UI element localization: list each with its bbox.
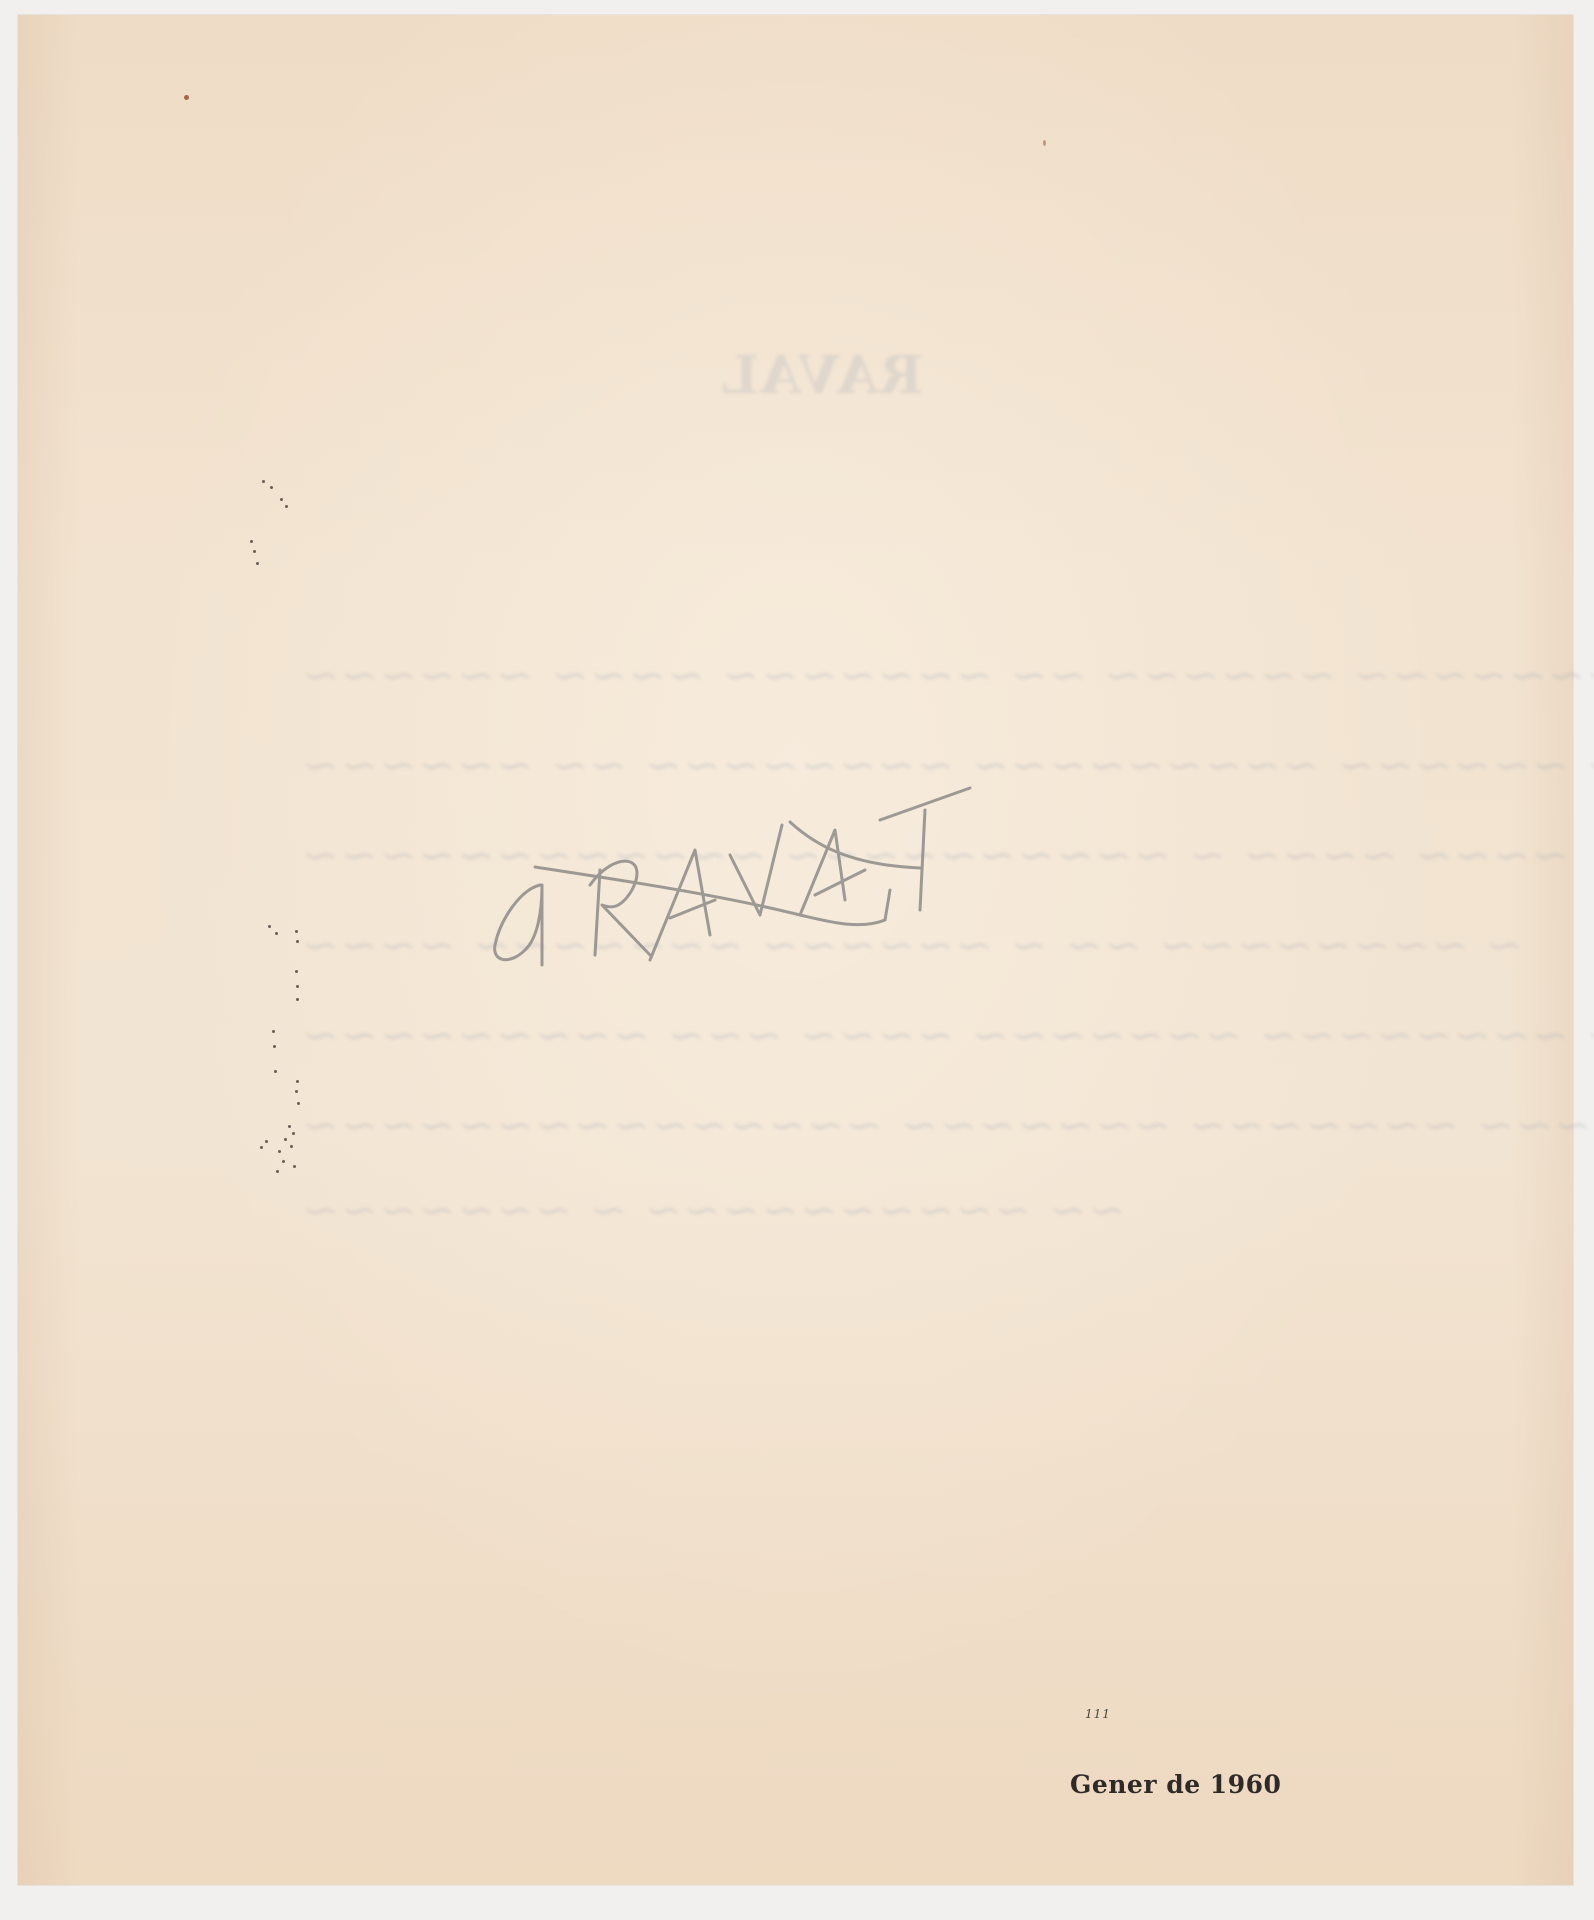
margin-specks — [240, 470, 300, 1190]
date-stamp: Gener de 1960 — [1070, 1770, 1281, 1799]
showthrough-line: ~~ ~~~ ~~~~~~~ ~~~~~~~ ~~~~~~~~~~~~~~~ — [300, 1100, 1594, 1151]
stain-dot — [184, 95, 189, 100]
showthrough-line: ~~ ~~~~~~~~~~ ~ ~~~~~~~ — [300, 1185, 1125, 1236]
small-mark: 111 — [1085, 1707, 1111, 1721]
showthrough-line: ~~~~~~~~ ~~~~~~ ~~ ~~~~~~~ ~~~~ ~~~~~~ — [300, 650, 1594, 701]
stain-dot — [1043, 140, 1046, 146]
showthrough-line: ~~ ~~~~~~~~ ~~~~~~~ ~~~~ ~~~ ~~~~~~~~~ — [300, 1010, 1594, 1061]
pencil-gravat-strokes — [470, 770, 1030, 970]
pencil-annotation: GRAVAT — [470, 770, 1030, 970]
showthrough-title: RAVAL — [720, 345, 923, 406]
